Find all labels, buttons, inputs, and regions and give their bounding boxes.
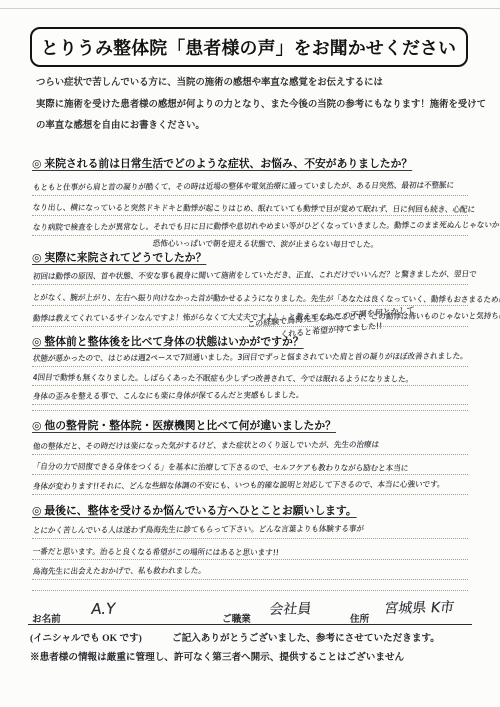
scan-edge-line xyxy=(0,8,500,9)
name-value: A.Y xyxy=(90,600,117,618)
answer-2-line-2: とがなく、腕が上がり、左右へ振り向けなかった首が動かせるようになりました。先生が… xyxy=(32,285,468,306)
job-value: 会社員 xyxy=(268,598,313,619)
question-3: ◎ 整体前と整体後を比べて身体の状態はいかがですか？ xyxy=(32,334,304,349)
question-4: ◎ 他の整骨院・整体院・医療機関と比べて何が違いましたか？ xyxy=(32,418,336,433)
answer-1-line-1: もともと仕事がら肩と首の凝りが酷くて、その時は近場の整体や電気治療に通っていまし… xyxy=(32,176,468,196)
answer-3-line-2: 4回目で動悸も無くなりました。しばらくあった不眠症も少しずつ改善されて、今では眠… xyxy=(32,367,468,386)
answer-4-line-3: 身体が変わります!!それに、どんな些細な体調の不安にも、いつも的確な説明と対応し… xyxy=(32,475,468,495)
privacy-note: ※患者様の情報は厳重に管理し、許可なく第三者へ開示、提供することはございません xyxy=(30,649,404,663)
page-title: とりうみ整体院「患者様の声」をお聞かせください xyxy=(41,35,456,60)
answer-5-line-1: とにかく苦しんでいる人は迷わず鳥海先生に診てもらって下さい。どんな言葉よりも体験… xyxy=(32,519,468,539)
address-value: 宮城県 K市 xyxy=(383,597,456,618)
intro-line-1: つらい症状で苦しんでいる方に、当院の施術の感想や率直な感覚をお伝えするには xyxy=(36,71,470,93)
address-label: 住所 xyxy=(350,611,369,625)
answer-5-empty-rule xyxy=(32,578,468,591)
title-box: とりうみ整体院「患者様の声」をお聞かせください xyxy=(30,27,468,67)
answer-3-line-1: 状態が悪かったので、はじめは週2ペースで7回通いました。3回目でずっと悩まされて… xyxy=(32,348,468,367)
name-label: お名前 xyxy=(32,611,61,625)
field-divider-line xyxy=(28,624,472,625)
answer-3-empty-rule xyxy=(32,400,468,411)
job-label: ご職業 xyxy=(222,611,251,625)
intro-line-3: の率直な感想を自由にお書きください。 xyxy=(36,114,470,136)
scanned-feedback-form: とりうみ整体院「患者様の声」をお聞かせください つらい症状で苦しんでいる方に、当… xyxy=(0,0,500,707)
answer-4-line-2: 「自分の力で回復できる身体をつくる」を基本に治療して下さるので、セルフケアも教わ… xyxy=(32,455,468,475)
answer-1-line-3: なり病院で検査をしたが異常なし。それでも日に日に動悸や息切れやめまい等がひどくな… xyxy=(32,216,468,236)
answer-1-line-4: 恐怖心いっぱいで朝を迎える状態で、涙が止まらない毎日でした。 xyxy=(152,234,482,251)
question-5: ◎ 最後に、整体を受けるか悩んでいる方へひとことお願いします。 xyxy=(32,503,357,518)
answer-1-line-2: なり出し、横になっていると突然ドキドキと動悸が起こりはじめ、眠れていても動悸で目… xyxy=(32,196,468,216)
answer-5-line-2: 一番だと思います。治ると良くなる希望がこの場所にはあると思います!! xyxy=(32,540,468,560)
initial-note: (イニシャルでも OK です) xyxy=(30,630,142,644)
answer-4-line-1: 他の整体だと、その時だけは楽になった気がするけど、また症状とのくり返しでいたが、… xyxy=(32,435,468,455)
intro-line-2: 実際に施術を受けた患者様の感想が何よりの力となり、また今後の当院の参考にもなりま… xyxy=(36,93,470,115)
thanks-note: ご記入ありがとうございました、参考にさせていただきます。 xyxy=(172,630,440,644)
question-2: ◎ 実際に来院されてどうでしたか？ xyxy=(32,250,206,265)
intro-paragraph: つらい症状で苦しんでいる方に、当院の施術の感想や率直な感覚をお伝えするには 実際… xyxy=(36,71,470,136)
answer-2-line-1: 初回は動悸の原因、首や状態、不安な事も親身に聞いて施術をしていただき、正直、これ… xyxy=(32,264,468,285)
question-1: ◎ 来院される前は日常生活でどのような症状、お悩み、不安がありましたか？ xyxy=(32,156,412,171)
